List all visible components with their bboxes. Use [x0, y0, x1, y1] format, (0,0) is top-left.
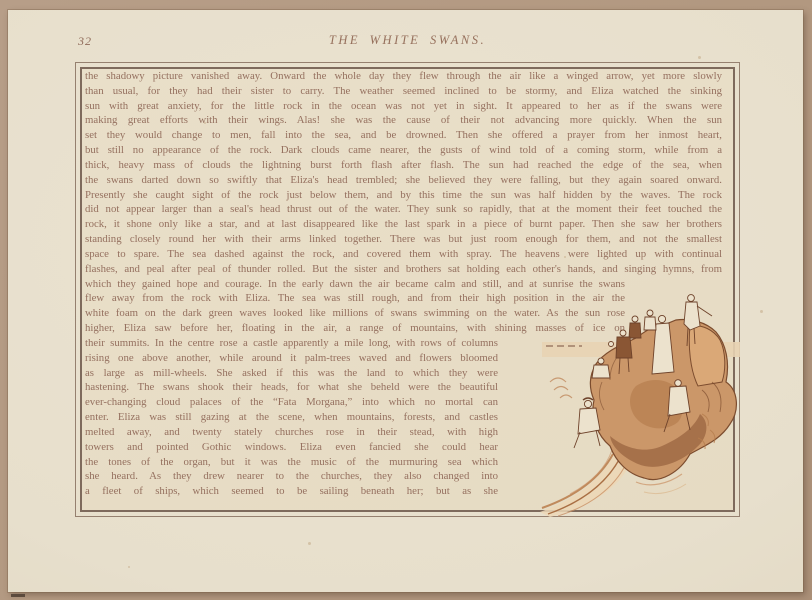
printer-mark — [11, 594, 25, 597]
text-line: making great efforts with their wings. A… — [85, 113, 722, 128]
scan-mount: { "page": { "number": "32", "title": "TH… — [0, 0, 812, 600]
fox-spot — [760, 310, 763, 313]
text-line: ever-changing cloud palaces of the “Fata… — [85, 395, 498, 410]
text-line: did not appear larger than a seal's head… — [85, 202, 722, 217]
fox-spot — [128, 566, 130, 568]
text-line: enter. Eliza was still gazing at the sce… — [85, 410, 498, 425]
text-line: she heard. As they drew nearer to the ch… — [85, 469, 498, 484]
page-title: THE WHITE SWANS. — [75, 33, 740, 48]
text-line: their summits. In the centre rose a cast… — [85, 336, 498, 351]
text-line: rock, it shone only like a star, and at … — [85, 217, 722, 232]
text-line: sun with great anxiety, for the little r… — [85, 99, 722, 114]
text-line: space to spare. The sea dashed against t… — [85, 247, 722, 262]
text-line: the tones of the organ, but it was the m… — [85, 455, 498, 470]
story-text: the shadowy picture vanished away. Onwar… — [85, 69, 722, 499]
text-line: higher, Eliza saw before her, floating i… — [85, 321, 625, 336]
text-line: melted away, and twenty stately churches… — [85, 425, 498, 440]
text-line: Presently she caught sight of the rock j… — [85, 188, 722, 203]
text-line: standing closely round her with their ar… — [85, 232, 722, 247]
text-line: set they would change to men, fall into … — [85, 128, 722, 143]
fox-spot — [698, 56, 701, 59]
fox-spot — [308, 542, 311, 545]
text-line: rising one above another, while around i… — [85, 351, 498, 366]
text-line: thick, heavy mass of clouds the lightnin… — [85, 158, 722, 173]
text-line: a fleet of ships, which seemed to be sai… — [85, 484, 498, 499]
text-line: the swans darted down so swiftly that El… — [85, 173, 722, 188]
text-line: towers and pointed Gothic windows. Eliza… — [85, 440, 498, 455]
text-line: the shadowy picture vanished away. Onwar… — [85, 69, 722, 84]
text-line: hastening. The swans shook their heads, … — [85, 380, 498, 395]
text-line: but still no appearance of the rock. Dar… — [85, 143, 722, 158]
text-line: than usual, for they had their sister to… — [85, 84, 722, 99]
text-line: which they gained hope and courage. In t… — [85, 277, 625, 292]
text-line: white foam on the dark green waves looke… — [85, 306, 625, 321]
text-line: as large as mill-wheels. She asked if th… — [85, 366, 498, 381]
fox-spot — [204, 122, 206, 124]
book-page: 32 THE WHITE SWANS. the shadowy picture … — [8, 10, 803, 592]
fox-spot — [564, 256, 566, 258]
text-line: flashes, and peal after peal of thunder … — [85, 262, 722, 277]
text-line: flew away from the rock with Eliza. The … — [85, 291, 625, 306]
